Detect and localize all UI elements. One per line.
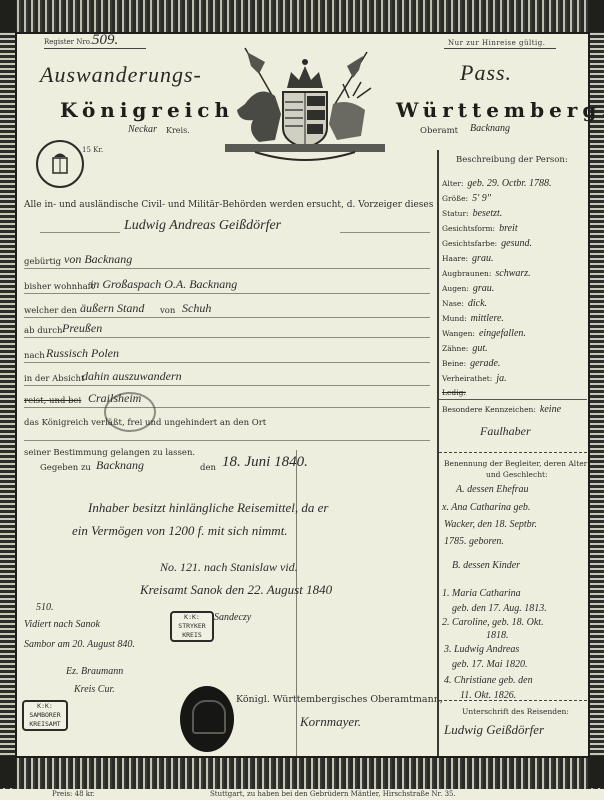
decorative-border-right	[588, 30, 604, 758]
means-note-line-2: ein Vermögen von 1200 f. mit sich nimmt.	[72, 523, 288, 539]
desc-label: Besondere Kennzeichen:	[442, 405, 536, 414]
closing-line-2: seiner Bestimmung gelangen zu lassen.	[24, 448, 195, 458]
desc-label: Ledig:	[442, 388, 466, 397]
description-title: Beschreibung der Person:	[456, 155, 568, 165]
margin-signature-2: Kreis Cur.	[74, 684, 115, 695]
rule	[24, 362, 430, 363]
stryker-kreis-stamp: K:K: STRYKER KREIS	[170, 611, 214, 642]
fold-line	[296, 450, 297, 756]
field-value-residence: in Großaspach O.A. Backnang	[90, 277, 237, 292]
border-corner-icon	[588, 756, 604, 788]
companions-title-2: und Geschlecht:	[486, 470, 548, 479]
rule	[24, 337, 430, 338]
companion-line: 4. Christiane geb. den	[444, 675, 533, 686]
rule	[439, 399, 587, 400]
official-signature: Kornmayer.	[300, 714, 361, 730]
rule	[24, 293, 430, 294]
desc-label: Gesichtsfarbe:	[442, 239, 497, 248]
desc-value: keine	[540, 404, 561, 415]
companion-line: A. dessen Ehefrau	[456, 484, 529, 495]
tax-stamp-icon	[36, 140, 84, 188]
field-value-born: von Backnang	[64, 252, 132, 267]
date-label: den	[200, 463, 216, 473]
desc-value: ja.	[496, 373, 506, 384]
field-value-intention: dahin auszuwandern	[82, 369, 182, 384]
decorative-border-bottom	[0, 756, 604, 789]
desc-value: 5' 9"	[472, 193, 491, 204]
companion-line: B. dessen Kinder	[452, 560, 520, 571]
desc-row-teeth: Zähne:gut.	[442, 343, 488, 354]
desc-value: breit	[499, 223, 518, 234]
traveler-signature: Ludwig Geißdörfer	[444, 722, 544, 738]
register-number: 509.	[92, 32, 118, 49]
rule	[40, 232, 120, 233]
field-label-intention: in der Absicht	[24, 374, 84, 384]
desc-row-married: Verheirathet:ja.	[442, 373, 507, 384]
visa-stamp-place: Sandeczy	[214, 612, 251, 623]
desc-row-complexion: Gesichtsfarbe:gesund.	[442, 238, 532, 249]
official-title: Königl. Württembergisches Oberamtmann,	[236, 694, 443, 705]
intro-text: Alle in- und ausländische Civil- und Mil…	[24, 200, 433, 210]
field-label-occupation: welcher den	[24, 306, 77, 316]
desc-value: besetzt.	[473, 208, 503, 219]
field-label-destination: nach	[24, 351, 45, 361]
desc-row-nose: Nase:dick.	[442, 298, 487, 309]
stamp-text: KREISAMT	[24, 720, 66, 729]
rule	[340, 232, 430, 233]
companion-line: 2. Caroline, geb. 18. Okt.	[442, 617, 544, 628]
field-value-via: Preußen	[62, 321, 102, 336]
desc-value: grau.	[472, 253, 493, 264]
desc-label: Augbraunen:	[442, 269, 491, 278]
desc-row-legs: Beine:gerade.	[442, 358, 500, 369]
desc-label: Nase:	[442, 299, 464, 308]
desc-label: Zähne:	[442, 344, 468, 353]
desc-value: geb. 29. Octbr. 1788.	[467, 178, 551, 189]
oberamt-value: Backnang	[470, 123, 510, 134]
rule	[24, 407, 430, 408]
field-label-of: von	[160, 306, 175, 316]
closing-line-1: das Königreich verläßt, frei und ungehin…	[24, 418, 266, 428]
coat-of-arms-icon	[225, 44, 385, 162]
border-corner-icon	[0, 756, 16, 788]
desc-row-mouth: Mund:mittlere.	[442, 313, 504, 324]
kingdom-wuerttemberg: Württemberg.	[396, 98, 604, 122]
stamp-text: KREIS	[172, 631, 212, 640]
desc-label: Mund:	[442, 314, 467, 323]
given-place: Backnang	[96, 458, 144, 473]
margin-line-2: Sambor am 20. August 840.	[24, 639, 135, 650]
margin-signature-1: Ez. Braumann	[66, 666, 123, 677]
companion-line: 1. Maria Catharina	[442, 588, 521, 599]
field-value-trade: Schuh	[182, 301, 211, 316]
stamp-text: K:K:	[172, 613, 212, 622]
footer-publisher: Stuttgart, zu haben bei den Gebrüdern Mä…	[210, 790, 456, 798]
desc-row-marks: Besondere Kennzeichen:keine	[442, 404, 561, 415]
kingdom-koenigreich: Königreich	[60, 98, 234, 122]
desc-value: dick.	[468, 298, 487, 309]
desc-label: Gesichtsform:	[442, 224, 495, 233]
field-label-via: ab durch	[24, 326, 62, 336]
register-underline	[44, 48, 146, 49]
rule	[24, 385, 430, 386]
visa-line-2: Kreisamt Sanok den 22. August 1840	[140, 582, 332, 598]
desc-row-single: Ledig:	[442, 388, 466, 397]
date-value: 18. Juni 1840.	[222, 454, 308, 471]
desc-label: Beine:	[442, 359, 466, 368]
companion-line: 3. Ludwig Andreas	[444, 644, 519, 655]
wax-seal-icon	[180, 686, 234, 752]
field-label-travels-at: reist, und bei	[24, 396, 81, 406]
desc-row-hair: Haare:grau.	[442, 253, 493, 264]
desc-label: Augen:	[442, 284, 469, 293]
stamp-text: STRYKER	[172, 622, 212, 631]
border-corner-icon	[588, 0, 604, 32]
title-pass: Pass.	[460, 60, 512, 86]
desc-value: gut.	[472, 343, 487, 354]
column-divider	[437, 150, 439, 756]
desc-label: Wangen:	[442, 329, 475, 338]
field-label-residence: bisher wohnhaft	[24, 282, 94, 292]
tax-stamp-value: 15 Kr.	[82, 146, 103, 154]
marks-signature: Faulhaber	[480, 424, 531, 439]
kreis-value: Neckar	[128, 124, 157, 135]
desc-label: Statur:	[442, 209, 469, 218]
samborer-kreisamt-stamp: K:K: SAMBORER KREISAMT	[22, 700, 68, 731]
dashed-separator	[439, 452, 587, 453]
field-value-destination: Russisch Polen	[46, 346, 119, 361]
desc-value: mittlere.	[471, 313, 504, 324]
rule	[24, 440, 430, 441]
desc-row-eyes: Augen:grau.	[442, 283, 494, 294]
traveler-signature-label: Unterschrift des Reisenden:	[462, 707, 569, 716]
desc-row-age: Alter:geb. 29. Octbr. 1788.	[442, 178, 552, 189]
desc-row-eyebrows: Augbraunen:schwarz.	[442, 268, 531, 279]
desc-label: Haare:	[442, 254, 468, 263]
desc-value: schwarz.	[495, 268, 530, 279]
desc-label: Größe:	[442, 194, 468, 203]
companion-line: Wacker, den 18. Septbr.	[444, 519, 537, 530]
desc-value: grau.	[473, 283, 494, 294]
desc-label: Alter:	[442, 179, 463, 188]
means-note-line-1: Inhaber besitzt hinlängliche Reisemittel…	[88, 500, 328, 516]
desc-row-face-shape: Gesichtsform:breit	[442, 223, 518, 234]
companion-line: geb. den 17. Aug. 1813.	[452, 603, 547, 614]
validity-underline	[444, 48, 556, 49]
field-value-status: äußern Stand	[80, 301, 144, 316]
register-label: Register Nro.	[44, 38, 92, 46]
visa-line-1: No. 121. nach Stanislaw vid.	[160, 560, 298, 575]
footer-price: Preis: 48 kr.	[52, 790, 95, 798]
decorative-border-top	[0, 0, 604, 34]
validity-note: Nur zur Hinreise gültig.	[448, 39, 546, 47]
desc-value: eingefallen.	[479, 328, 526, 339]
field-label-born: gebürtig	[24, 257, 61, 267]
desc-row-height: Größe:5' 9"	[442, 193, 491, 204]
bearer-name: Ludwig Andreas Geißdörfer	[124, 218, 281, 234]
rule	[24, 317, 430, 318]
stamp-text: SAMBORER	[24, 711, 66, 720]
kreis-label: Kreis.	[166, 126, 190, 135]
companion-line: 1785. geboren.	[444, 536, 504, 547]
rule	[24, 268, 430, 269]
decorative-border-left	[0, 30, 17, 758]
oberamt-label: Oberamt	[420, 126, 458, 136]
margin-line-1: Vidiert nach Sanok	[24, 619, 100, 630]
margin-number: 510.	[36, 602, 54, 613]
companion-line: geb. 17. Mai 1820.	[452, 659, 528, 670]
border-corner-icon	[0, 0, 16, 32]
stamp-text: K:K:	[24, 702, 66, 711]
desc-row-cheeks: Wangen:eingefallen.	[442, 328, 526, 339]
desc-value: gesund.	[501, 238, 532, 249]
desc-label: Verheirathet:	[442, 374, 492, 383]
companion-line: x. Ana Catharina geb.	[442, 502, 530, 513]
desc-row-stature: Statur:besetzt.	[442, 208, 502, 219]
dashed-separator	[439, 700, 587, 701]
given-label: Gegeben zu	[40, 463, 91, 473]
title-auswanderungs: Auswanderungs-	[40, 62, 202, 88]
desc-value: gerade.	[470, 358, 500, 369]
companion-line: 1818.	[486, 630, 509, 641]
companions-title-1: Benennung der Begleiter, deren Alter	[444, 459, 587, 468]
